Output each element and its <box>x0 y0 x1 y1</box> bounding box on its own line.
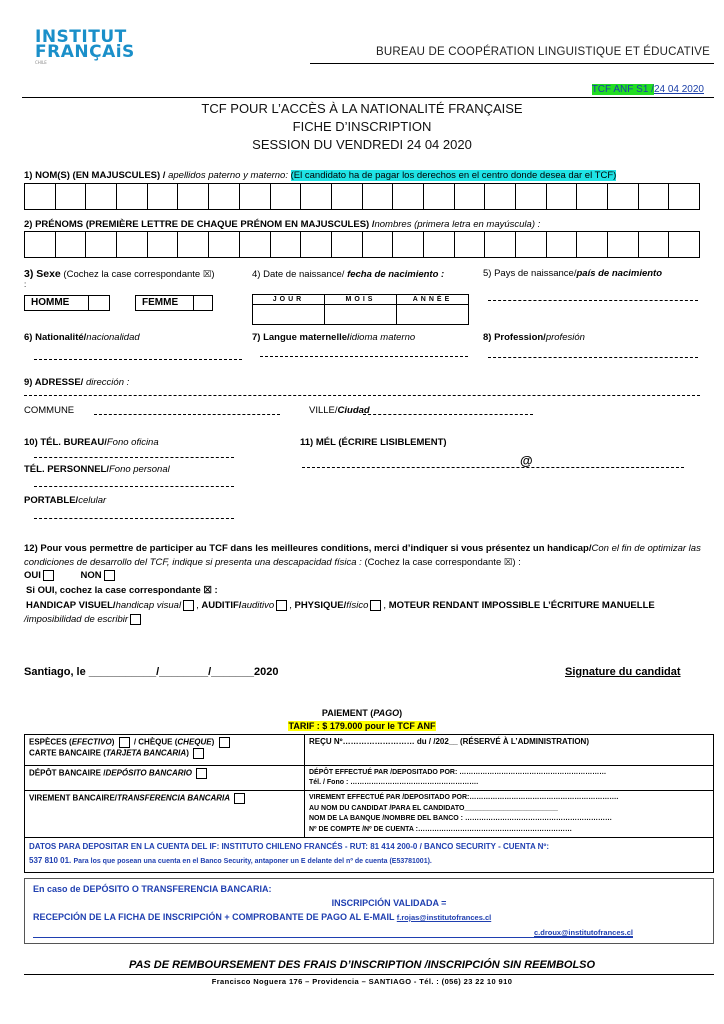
footer-address: Francisco Noguera 176 – Providencia – SA… <box>0 977 724 986</box>
footer-rule <box>24 974 714 975</box>
commune-label: COMMUNE <box>24 405 74 416</box>
annee-input[interactable] <box>397 305 469 325</box>
institut-francais-logo: INSTITUT FRANÇAiS CHILE <box>35 30 135 66</box>
letter-cell[interactable] <box>271 184 302 209</box>
moteur-row: /imposibilidad de escribir <box>24 614 143 625</box>
mois-header: MOIS <box>325 295 397 305</box>
ref-code: TCF ANF S1 / <box>592 84 654 95</box>
letter-cell[interactable] <box>669 232 699 257</box>
letter-cell[interactable] <box>178 232 209 257</box>
transfer-instructions: En caso de DEPÓSITO O TRANSFERENCIA BANC… <box>24 878 714 944</box>
letter-cell[interactable] <box>424 184 455 209</box>
cheque-checkbox[interactable] <box>219 737 230 748</box>
non-checkbox[interactable] <box>104 570 115 581</box>
letter-cell[interactable] <box>25 232 56 257</box>
letter-cell[interactable] <box>669 184 699 209</box>
naissance-label: 4) Date de naissance/ fecha de nacimient… <box>252 268 472 282</box>
refund-notice: PAS DE REMBOURSEMENT DES FRAIS D’INSCRIP… <box>0 959 724 971</box>
femme-option[interactable]: FEMME <box>135 295 213 311</box>
letter-cell[interactable] <box>240 184 271 209</box>
date-place-line[interactable]: Santiago, le ___________/________/______… <box>24 666 278 678</box>
letter-cell[interactable] <box>363 232 394 257</box>
oui-checkbox[interactable] <box>43 570 54 581</box>
nom-note: (El candidato ha de pagar los derechos e… <box>291 170 617 181</box>
letter-cell[interactable] <box>117 232 148 257</box>
bureau-title: BUREAU DE COOPÉRATION LINGUISTIQUE ET ÉD… <box>376 46 710 58</box>
moteur-checkbox[interactable] <box>130 614 141 625</box>
bank-details: DATOS PARA DEPOSITAR EN LA CUENTA DEL IF… <box>25 838 714 873</box>
letter-cell[interactable] <box>209 184 240 209</box>
letter-cell[interactable] <box>363 184 394 209</box>
letter-cell[interactable] <box>608 184 639 209</box>
depot-par-line[interactable]: DÉPÔT EFFECTUÉ PAR /DEPOSITADO POR: …………… <box>309 768 709 778</box>
letter-cell[interactable] <box>577 184 608 209</box>
langue-input[interactable] <box>260 356 468 357</box>
form-title: TCF POUR L’ACCÈS À LA NATIONALITÉ FRANÇA… <box>0 100 724 154</box>
pays-input[interactable] <box>488 300 698 301</box>
letter-cell[interactable] <box>424 232 455 257</box>
at-sign: @ <box>520 453 533 468</box>
letter-cell[interactable] <box>547 184 578 209</box>
title-line1: TCF POUR L’ACCÈS À LA NATIONALITÉ FRANÇA… <box>0 100 724 118</box>
email-link-1[interactable]: f.rojas@institutofrances.cl <box>397 913 491 922</box>
nationalite-input[interactable] <box>34 359 242 360</box>
letter-cell[interactable] <box>117 184 148 209</box>
letter-cell[interactable] <box>455 232 486 257</box>
tel-perso-input[interactable] <box>34 486 234 487</box>
email-link-2[interactable]: c.droux@institutofrances.cl <box>534 928 633 937</box>
letter-cell[interactable] <box>332 184 363 209</box>
header-rule <box>310 63 714 64</box>
letter-cell[interactable] <box>240 232 271 257</box>
sexe-label: 3) Sexe (Cochez la case correspondante ☒… <box>24 268 215 280</box>
letter-cell[interactable] <box>178 184 209 209</box>
signature-label: Signature du candidat <box>565 666 681 678</box>
virement-par-line[interactable]: VIREMENT EFFECTUÉ PAR /DEPOSITADO POR:……… <box>309 793 709 804</box>
letter-cell[interactable] <box>56 184 87 209</box>
carte-checkbox[interactable] <box>193 748 204 759</box>
depot-checkbox[interactable] <box>196 768 207 779</box>
compte-line[interactable]: Nº DE COMPTE /Nº DE CUENTA :………………………………… <box>309 825 709 836</box>
mel-label: 11) MÉL (ÉCRIRE LISIBLEMENT) <box>300 437 447 448</box>
visuel-checkbox[interactable] <box>183 600 194 611</box>
mel-input[interactable] <box>302 467 684 468</box>
nom-letter-grid[interactable] <box>24 183 700 210</box>
prenoms-label: 2) PRÉNOMS (PREMIÈRE LETTRE DE CHAQUE PR… <box>24 219 540 230</box>
si-oui-label: Si OUI, cochez la case correspondante ☒ … <box>26 585 218 596</box>
letter-cell[interactable] <box>639 184 670 209</box>
ref-date[interactable]: 24 04 2020 <box>654 84 704 95</box>
title-line3: SESSION DU VENDREDI 24 04 2020 <box>0 136 724 154</box>
virement-checkbox[interactable] <box>234 793 245 804</box>
letter-cell[interactable] <box>485 232 516 257</box>
tel-bureau-input[interactable] <box>34 457 234 458</box>
jour-header: JOUR <box>253 295 325 305</box>
auditif-checkbox[interactable] <box>276 600 287 611</box>
adresse-input[interactable] <box>24 395 700 396</box>
nom-label: 1) NOM(S) (EN MAJUSCULES) / apellidos pa… <box>24 170 616 181</box>
nationalite-label: 6) Nationalité/nacionalidad <box>24 332 140 343</box>
payment-title: PAIEMENT (PAGO) <box>0 708 724 718</box>
payment-table: ESPÈCES (EFECTIVO) / CHÈQUE (CHEQUE) CAR… <box>24 734 714 873</box>
letter-cell[interactable] <box>209 232 240 257</box>
profession-label: 8) Profession/profesión <box>483 332 585 343</box>
birthdate-table[interactable]: JOURMOISANNÉE <box>252 294 469 325</box>
tel-perso-label: TÉL. PERSONNEL/Fono personal <box>24 464 170 475</box>
ville-label: VILLE/Ciudad <box>309 405 370 416</box>
form-reference: TCF ANF S1 /24 04 2020 <box>592 84 704 95</box>
ville-input[interactable] <box>363 414 533 415</box>
letter-cell[interactable] <box>547 232 578 257</box>
letter-cell[interactable] <box>516 184 547 209</box>
title-line2: FICHE D’INSCRIPTION <box>0 118 724 136</box>
letter-cell[interactable] <box>332 232 363 257</box>
logo-line2: FRANÇAiS <box>35 45 135 60</box>
title-rule <box>22 97 714 98</box>
letter-cell[interactable] <box>148 184 179 209</box>
adresse-label: 9) ADRESSE/ dirección : <box>24 377 129 388</box>
commune-input[interactable] <box>94 414 280 415</box>
annee-header: ANNÉE <box>397 295 469 305</box>
letter-cell[interactable] <box>516 232 547 257</box>
letter-cell[interactable] <box>301 184 332 209</box>
letter-cell[interactable] <box>301 232 332 257</box>
mois-input[interactable] <box>325 305 397 325</box>
letter-cell[interactable] <box>86 184 117 209</box>
oui-non-row: OUI NON <box>24 570 117 581</box>
tarif-label: TARIF : $ 179.000 pour le TCF ANF <box>288 721 435 731</box>
letter-cell[interactable] <box>393 184 424 209</box>
physique-checkbox[interactable] <box>370 600 381 611</box>
prenoms-letter-grid[interactable] <box>24 231 700 258</box>
portable-input[interactable] <box>34 518 234 519</box>
letter-cell[interactable] <box>639 232 670 257</box>
handicap-options: HANDICAP VISUEL/handicap visual, AUDITIF… <box>26 600 655 611</box>
homme-option[interactable]: HOMME <box>24 295 110 311</box>
recu-cell: REÇU Nº……………………… du / /202__ (RÉSERVÉ À … <box>305 735 714 766</box>
tel-fono-line[interactable]: Tél. / Fono : ………………………………………………. <box>309 778 709 788</box>
letter-cell[interactable] <box>577 232 608 257</box>
jour-input[interactable] <box>253 305 325 325</box>
letter-cell[interactable] <box>86 232 117 257</box>
au-nom-line[interactable]: AU NOM DU CANDIDAT /PARA EL CANDIDATO___… <box>309 804 709 815</box>
letter-cell[interactable] <box>485 184 516 209</box>
letter-cell[interactable] <box>56 232 87 257</box>
letter-cell[interactable] <box>25 184 56 209</box>
letter-cell[interactable] <box>608 232 639 257</box>
letter-cell[interactable] <box>455 184 486 209</box>
letter-cell[interactable] <box>148 232 179 257</box>
banque-line[interactable]: NOM DE LA BANQUE /NOMBRE DEL BANCO : ………… <box>309 814 709 825</box>
pays-label: 5) Pays de naissance/país de nacimiento <box>483 268 662 279</box>
letter-cell[interactable] <box>393 232 424 257</box>
especes-checkbox[interactable] <box>119 737 130 748</box>
letter-cell[interactable] <box>271 232 302 257</box>
handicap-question: 12) Pour vous permettre de participer au… <box>24 542 714 570</box>
tel-bureau-label: 10) TÉL. BUREAU/Fono oficina <box>24 437 159 448</box>
portable-label: PORTABLE/celular <box>24 495 106 506</box>
profession-input[interactable] <box>488 357 698 358</box>
langue-label: 7) Langue maternelle/idioma materno <box>252 332 415 343</box>
